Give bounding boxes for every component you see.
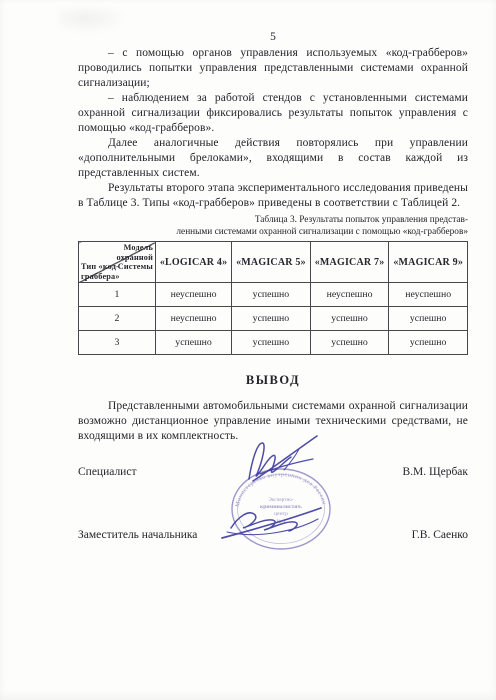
stamp-center-line: центр bbox=[274, 511, 288, 517]
stamp-center-line: Экспертно- bbox=[268, 497, 293, 503]
stamp-center-line: криминалистич. bbox=[260, 504, 303, 510]
document-page: 5 – с помощью органов управления использ… bbox=[0, 0, 496, 700]
signature-scribble-deputy bbox=[222, 508, 321, 538]
signature-stroke bbox=[284, 449, 299, 470]
stamp-and-signatures-overlay: Министерство внутренних дел России Экспе… bbox=[0, 0, 496, 700]
round-stamp: Министерство внутренних дел России Экспе… bbox=[232, 469, 330, 549]
